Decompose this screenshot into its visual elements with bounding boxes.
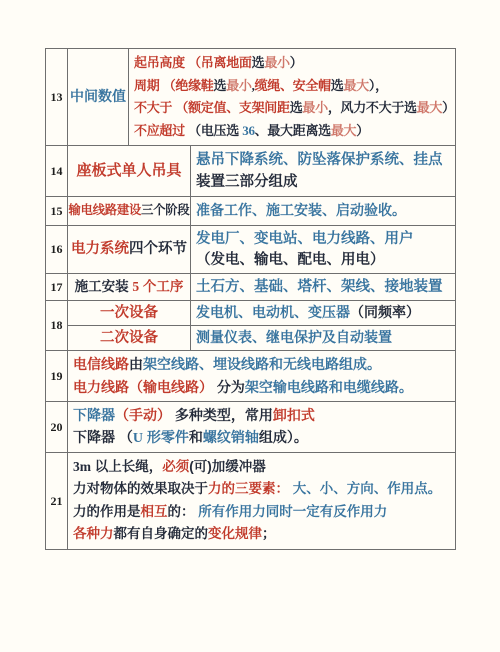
table-row: 18一次设备发电机、电动机、变压器（同频率）二次设备测量仪表、继电保护及自动装置 <box>46 300 455 350</box>
content-line: 悬吊下降系统、防坠落保护系统、挂点 <box>196 151 453 169</box>
content-line: 发电机、电动机、变压器（同频率） <box>196 304 453 322</box>
row-number: 13 <box>46 49 68 145</box>
exam-notes-table: 13中间数值起吊高度 （吊离地面选最小）周期 （绝缘鞋选最小,缆绳、安全帽选最大… <box>45 48 456 550</box>
text-segment: 测量仪表、继电保护及自动装置 <box>196 329 392 345</box>
row-number-text: 13 <box>51 90 63 105</box>
row-label: 一次设备 <box>68 301 191 325</box>
text-segment: 发电厂、变电站、电力线路、用户 <box>196 231 414 247</box>
content-line: 起吊高度 （吊离地面选最小） <box>134 55 453 71</box>
label-line: 一次设备 <box>100 304 158 322</box>
text-segment: 选 <box>214 78 227 93</box>
row-number: 21 <box>46 453 68 549</box>
label-line: 电力系统四个环节 <box>71 240 187 258</box>
text-segment: 三个阶段 <box>141 203 189 217</box>
text-segment: 相互 <box>141 504 168 519</box>
screenshot-page: { "colors": { "red": "#c13a2b", "blue": … <box>0 0 500 652</box>
text-segment: 一次设备 <box>100 305 158 321</box>
row-label: 电力系统四个环节 <box>68 226 191 273</box>
text-segment: （发电、输电、配电、用电） <box>196 252 385 268</box>
row-number: 20 <box>46 402 68 452</box>
row-content: 悬吊下降系统、防坠落保护系统、挂点装置三部分组成 <box>191 146 455 196</box>
label-line: 施工安装 5 个工序 <box>75 279 184 296</box>
row-content: 测量仪表、继电保护及自动装置 <box>191 326 455 350</box>
label-line: 二次设备 <box>100 329 158 347</box>
row-label: 座板式单人吊具 <box>68 146 191 196</box>
text-segment: 大、小、方向、作用点。 <box>289 481 441 496</box>
content-line: 3m 以上长绳，必须(可)加缓冲器 <box>73 459 453 476</box>
row-number: 16 <box>46 226 68 273</box>
text-segment: 最小 <box>302 100 327 115</box>
row-label: 输电线路建设三个阶段 <box>68 197 191 225</box>
text-segment: 必须 <box>162 459 189 474</box>
text-segment: 个工序 <box>139 279 183 294</box>
text-segment: 最大 <box>417 100 442 115</box>
content-line: 发电厂、变电站、电力线路、用户 <box>196 230 453 248</box>
text-segment: ） <box>442 100 455 115</box>
text-segment: 最大 <box>331 123 356 138</box>
text-segment: 3m <box>73 459 91 474</box>
row-number: 19 <box>46 351 68 401</box>
row-number-text: 16 <box>51 242 63 257</box>
row-number: 18 <box>46 301 68 350</box>
row-content: 发电机、电动机、变压器（同频率） <box>191 301 455 325</box>
text-segment: 下降器 （ <box>73 429 133 445</box>
text-segment: 土石方、基础、塔杆、架线、接地装置 <box>196 279 443 295</box>
text-segment: 选 <box>331 78 344 93</box>
content-line: 土石方、基础、塔杆、架线、接地装置 <box>196 278 453 296</box>
text-segment: 下降器 <box>73 407 115 423</box>
row-content: 准备工作、施工安装、启动验收。 <box>191 197 455 225</box>
text-segment: 装置三部分组成 <box>196 174 298 190</box>
label-line: 中间数值 <box>70 88 126 106</box>
text-segment: 座板式单人吊具 <box>76 162 181 179</box>
content-line: 不大于 （额定值、支架间距选最小，风力不大于选最大） <box>134 100 453 116</box>
row-number-text: 20 <box>51 420 63 435</box>
text-segment: 选 <box>290 100 303 115</box>
table-row: 15输电线路建设三个阶段准备工作、施工安装、启动验收。 <box>46 196 455 225</box>
text-segment: 所有作用力同时一定有反作用力 <box>198 504 387 519</box>
text-segment: 36 <box>242 123 254 138</box>
content-line: 测量仪表、继电保护及自动装置 <box>196 329 453 347</box>
text-segment: 不大于 （额定值、支架间距 <box>134 100 290 115</box>
text-segment: （手动） <box>115 407 171 423</box>
text-segment: 电力系统 <box>71 241 129 257</box>
row-content: 下降器（手动） 多种类型，常用卸扣式下降器 （U 形零件和螺纹销轴组成）。 <box>68 402 455 452</box>
row-number: 15 <box>46 197 68 225</box>
text-segment: ） <box>290 55 303 70</box>
table-subrow: 二次设备测量仪表、继电保护及自动装置 <box>68 325 455 350</box>
content-line: 力的作用是相互的： 所有作用力同时一定有反作用力 <box>73 504 453 521</box>
text-segment: ； <box>262 526 276 541</box>
text-segment: U <box>133 431 143 446</box>
row-content: 发电厂、变电站、电力线路、用户 （发电、输电、配电、用电） <box>191 226 455 273</box>
content-line: 准备工作、施工安装、启动验收。 <box>196 202 453 220</box>
text-segment: ）， <box>369 78 388 93</box>
row-number-text: 17 <box>51 280 63 295</box>
label-line: 座板式单人吊具 <box>76 162 181 181</box>
row-number: 14 <box>46 146 68 196</box>
row-content: 土石方、基础、塔杆、架线、接地装置 <box>191 274 455 300</box>
text-segment: 力的作用是 <box>73 504 141 519</box>
text-segment: 二次设备 <box>100 330 158 346</box>
text-segment: 周期 （绝缘鞋 <box>134 78 214 93</box>
text-segment: （同频率） <box>350 304 420 320</box>
row-number: 17 <box>46 274 68 300</box>
text-segment: 不应超过 <box>134 123 185 138</box>
text-segment: 最大 <box>343 78 368 93</box>
text-segment: ） <box>356 123 369 138</box>
content-line: 下降器 （U 形零件和螺纹销轴组成）。 <box>73 429 453 448</box>
text-segment: 电力线路（输电线路） <box>73 379 213 395</box>
content-line: 不应超过 （电压选 36、最大距离选最大） <box>134 123 453 139</box>
row-label: 施工安装 5 个工序 <box>68 274 191 300</box>
text-segment: 悬吊下降系统、防坠落保护系统、挂点 <box>196 152 443 168</box>
text-segment: 选 <box>252 55 265 70</box>
text-segment: 四个环节 <box>129 241 187 257</box>
row-content: 3m 以上长绳，必须(可)加缓冲器力对物体的效果取决于力的三要素： 大、小、方向… <box>68 453 455 549</box>
row-content: 起吊高度 （吊离地面选最小）周期 （绝缘鞋选最小,缆绳、安全帽选最大），不大于 … <box>129 49 455 145</box>
row-number-text: 21 <box>51 494 63 509</box>
row-number-text: 19 <box>51 369 63 384</box>
label-line: 输电线路建设三个阶段 <box>69 203 190 218</box>
table-row: 13中间数值起吊高度 （吊离地面选最小）周期 （绝缘鞋选最小,缆绳、安全帽选最大… <box>46 49 455 145</box>
text-segment: 和 <box>189 429 203 445</box>
table-row: 16电力系统四个环节发电厂、变电站、电力线路、用户 （发电、输电、配电、用电） <box>46 225 455 273</box>
row-label: 中间数值 <box>68 49 129 145</box>
content-line: 力对物体的效果取决于力的三要素： 大、小、方向、作用点。 <box>73 481 453 498</box>
row-content: 电信线路由架空线路、埋设线路和无线电路组成。电力线路（输电线路） 分为架空输电线… <box>68 351 455 401</box>
content-line: 周期 （绝缘鞋选最小,缆绳、安全帽选最大）， <box>134 78 453 94</box>
row-label: 二次设备 <box>68 326 191 350</box>
text-segment: 组成）。 <box>259 429 308 445</box>
text-segment: 最小 <box>264 55 289 70</box>
text-segment: 螺纹销轴 <box>203 429 259 445</box>
text-segment: （电压选 <box>185 123 242 138</box>
content-line: 电信线路由架空线路、埋设线路和无线电路组成。 <box>73 356 453 374</box>
row-subrows: 一次设备发电机、电动机、变压器（同频率）二次设备测量仪表、继电保护及自动装置 <box>68 301 455 350</box>
content-line: 电力线路（输电线路） 分为架空输电线路和电缆线路。 <box>73 379 453 397</box>
text-segment: 各种力 <box>73 526 114 541</box>
text-segment: ，风力不大于选 <box>328 100 417 115</box>
row-number-text: 15 <box>51 204 63 219</box>
text-segment: 的： <box>168 504 199 519</box>
table-row: 213m 以上长绳，必须(可)加缓冲器力对物体的效果取决于力的三要素： 大、小、… <box>46 452 455 549</box>
text-segment: 最小 <box>226 78 251 93</box>
text-segment: 形零件 <box>143 429 189 445</box>
text-segment: 输电线路建设 <box>69 203 142 217</box>
text-segment: 施工安装 <box>75 279 133 294</box>
text-segment: 卸扣式 <box>273 407 315 423</box>
text-segment: 变化规律 <box>208 526 262 541</box>
row-number-text: 18 <box>51 318 63 333</box>
content-line: 各种力都有自身确定的变化规律； <box>73 526 453 543</box>
text-segment: 准备工作、施工安装、启动验收。 <box>196 202 406 218</box>
table-subrow: 一次设备发电机、电动机、变压器（同频率） <box>68 301 455 325</box>
table-row: 20下降器（手动） 多种类型，常用卸扣式下降器 （U 形零件和螺纹销轴组成）。 <box>46 401 455 452</box>
text-segment: 都有自身确定的 <box>114 526 209 541</box>
content-line: 装置三部分组成 <box>196 173 453 191</box>
text-segment: 分为 <box>213 379 245 395</box>
text-segment: 缆绳、安全帽 <box>255 78 331 93</box>
text-segment: 中间数值 <box>70 88 126 104</box>
text-segment: 起吊高度 （吊离地面 <box>134 55 252 70</box>
text-segment: 以上长绳， <box>91 459 162 474</box>
content-line: 下降器（手动） 多种类型，常用卸扣式 <box>73 407 453 425</box>
text-segment: 多种类型，常用 <box>171 407 273 423</box>
content-line: （发电、输电、配电、用电） <box>196 251 453 269</box>
text-segment: (可)加缓冲器 <box>189 459 266 474</box>
text-segment: 发电机、电动机、变压器 <box>196 304 350 320</box>
text-segment: 力的三要素： <box>208 481 289 496</box>
table-row: 17施工安装 5 个工序土石方、基础、塔杆、架线、接地装置 <box>46 273 455 300</box>
text-segment: 电信线路 <box>73 356 129 372</box>
text-segment: 由 <box>129 356 143 372</box>
table-row: 14座板式单人吊具悬吊下降系统、防坠落保护系统、挂点装置三部分组成 <box>46 145 455 196</box>
row-number-text: 14 <box>51 164 63 179</box>
text-segment: 、最大距离选 <box>255 123 331 138</box>
table-row: 19电信线路由架空线路、埋设线路和无线电路组成。电力线路（输电线路） 分为架空输… <box>46 350 455 401</box>
text-segment: 力对物体的效果取决于 <box>73 481 208 496</box>
text-segment: 架空输电线路和电缆线路。 <box>245 379 413 395</box>
text-segment: 架空线路、埋设线路和无线电路组成。 <box>143 356 381 372</box>
